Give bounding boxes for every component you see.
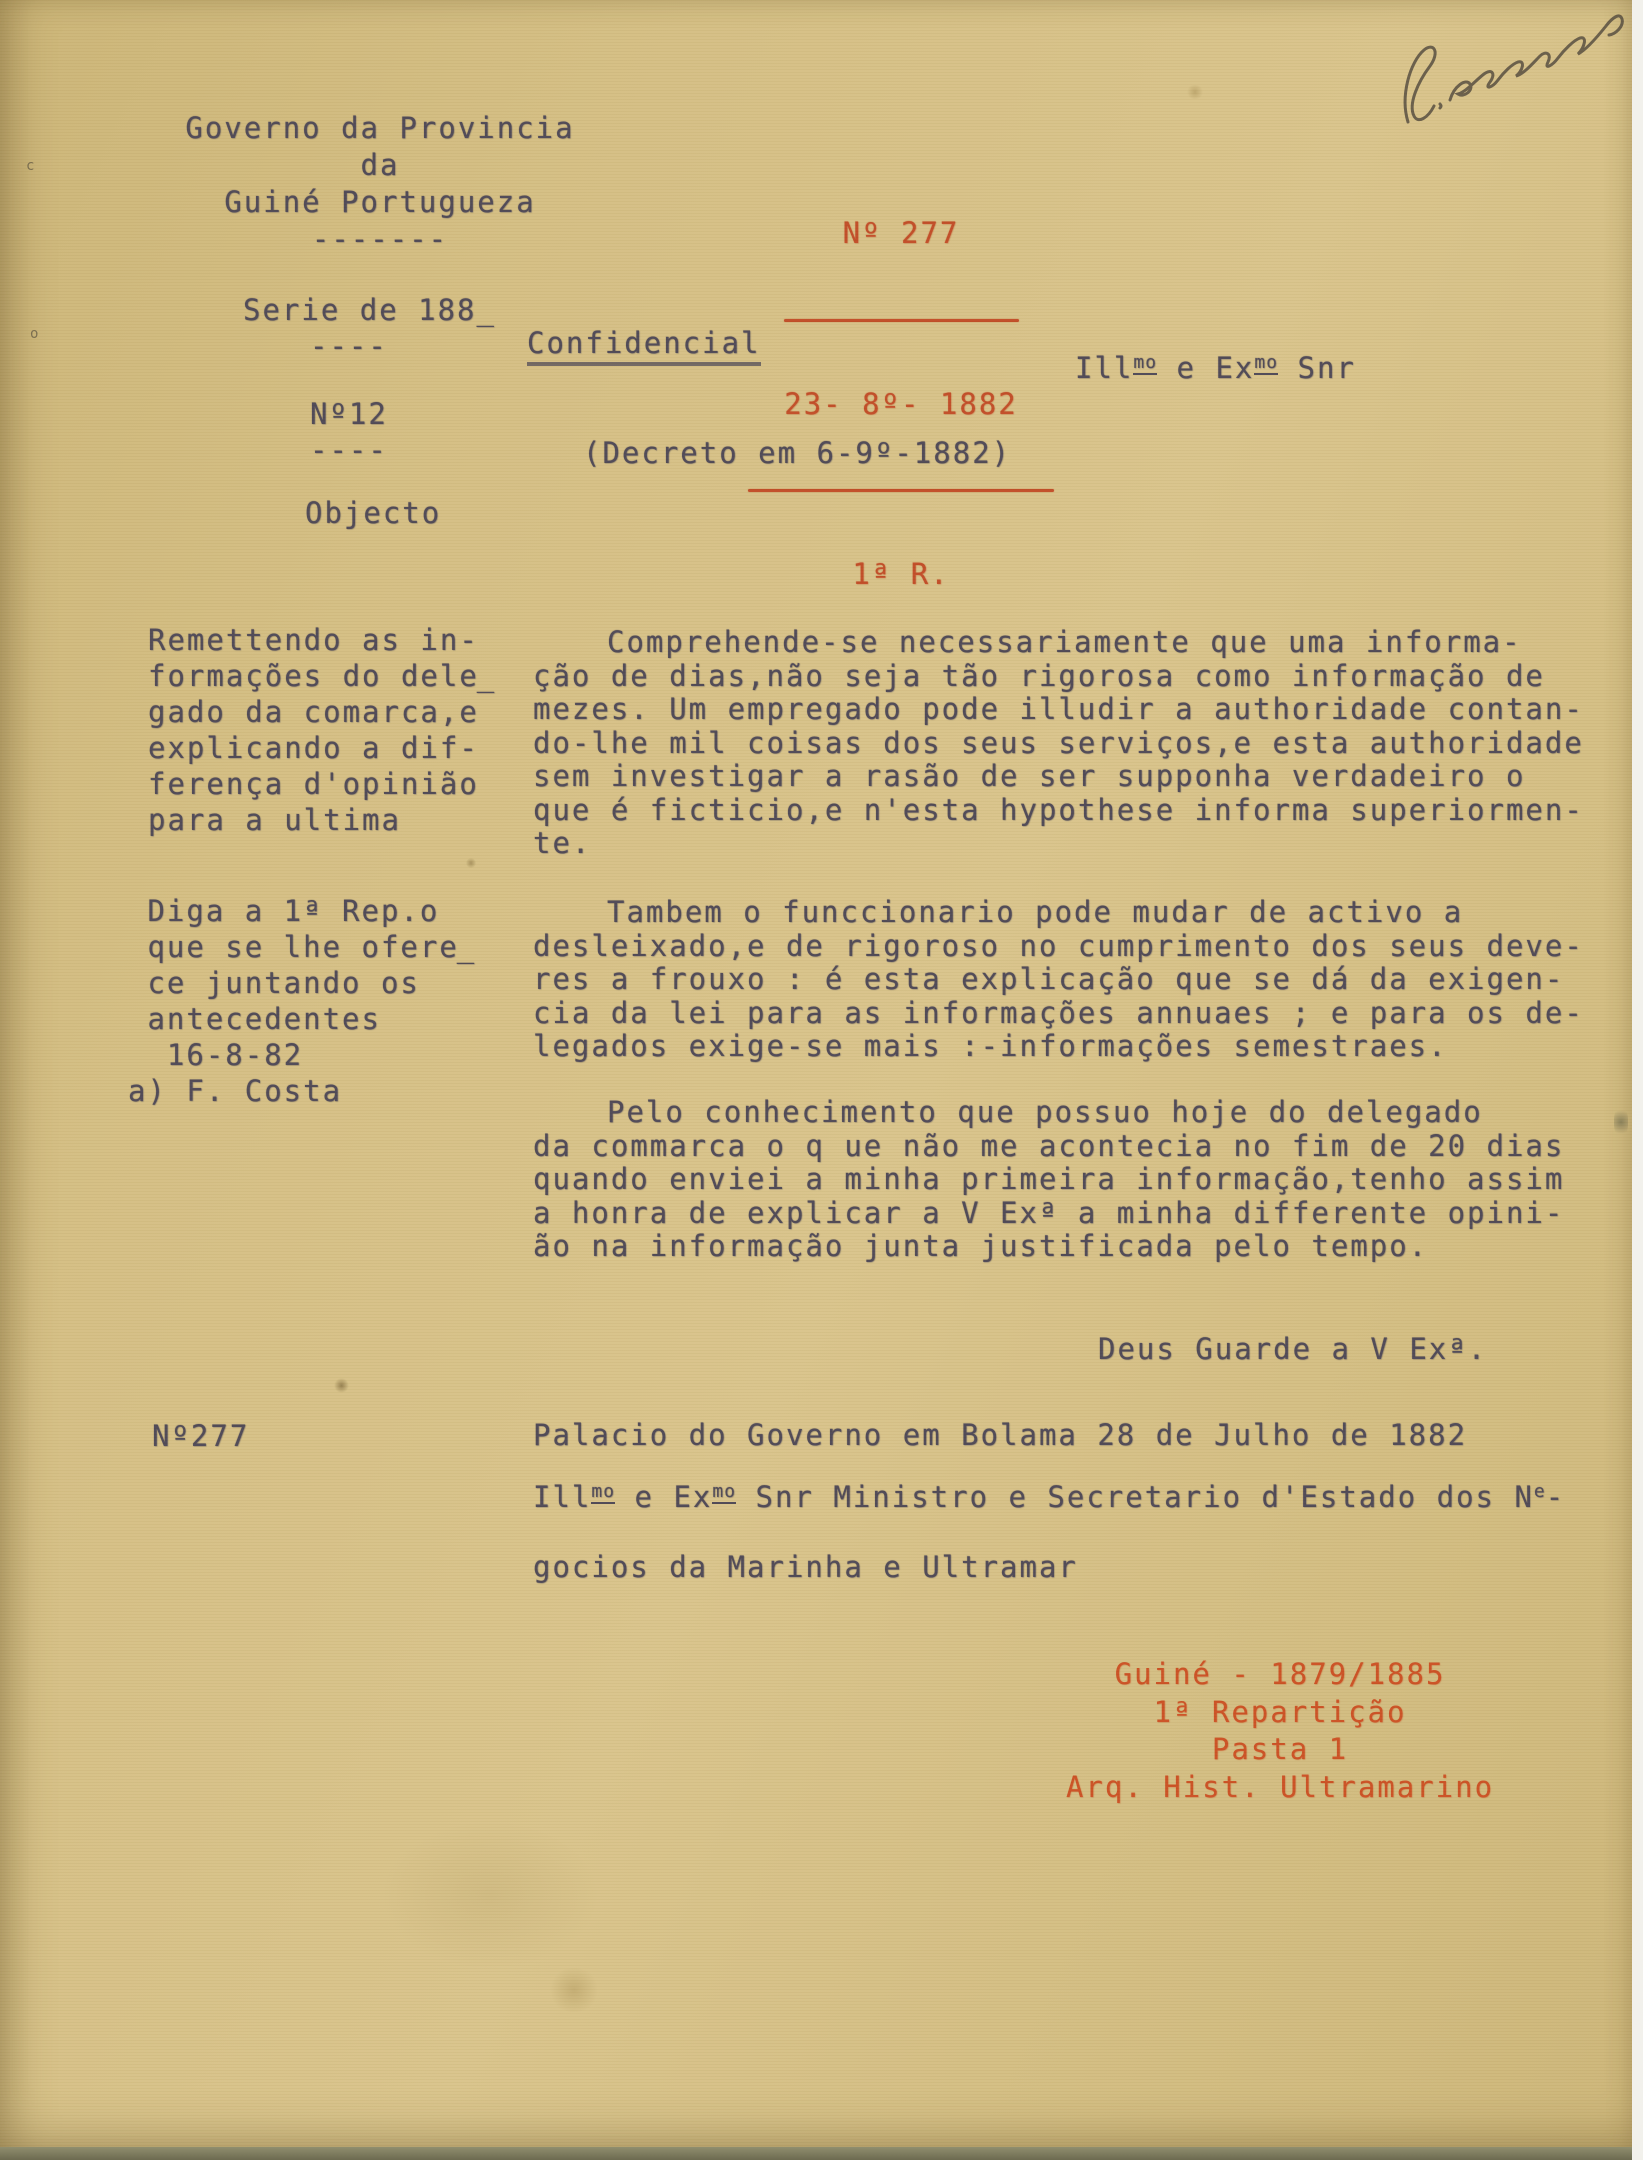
body-paragraph-3: Pelo conhecimento que possuo hoje do del… <box>533 1096 1564 1264</box>
text-line: 16-8-82 <box>128 1037 476 1073</box>
addressee-text: e Ex <box>615 1480 712 1514</box>
letterhead: Governo da ProvinciadaGuiné Portugueza--… <box>145 110 615 258</box>
recipient-text: Ill <box>1075 351 1133 385</box>
registry-stamp-department: 1ª R. <box>745 559 1057 590</box>
doc-number-dashes: ---- <box>310 434 388 468</box>
body-paragraph-2: Tambem o funccionario pode mudar de acti… <box>533 896 1584 1064</box>
text-line: que se lhe ofere̲ <box>128 929 476 965</box>
text-line: res a frouxo : é esta explicação que se … <box>533 963 1584 997</box>
text-line: ce juntando os <box>128 965 476 1001</box>
text-line: ------- <box>145 221 615 258</box>
superscript: mo <box>1133 352 1157 375</box>
text-line: formações do dele̲ <box>148 658 496 694</box>
text-line: que é ficticio,e n'esta hypothese inform… <box>533 794 1584 828</box>
confidential-label: Confidencial <box>527 327 761 366</box>
registry-stamp-rule <box>784 319 1019 322</box>
superscript: e <box>1534 1481 1546 1502</box>
text-line: Diga a 1ª Rep.o <box>128 893 476 929</box>
text-line: te. <box>533 827 1584 861</box>
archive-stamp: Guiné - 1879/18851ª RepartiçãoPasta 1Arq… <box>1035 1656 1525 1806</box>
recipient-salutation: Illmo e Exmo Snr <box>1075 352 1356 390</box>
ink-speck: o <box>30 326 38 342</box>
superscript: mo <box>1254 352 1278 375</box>
addressee-text: - <box>1546 1480 1565 1514</box>
registry-stamp-rule <box>748 489 1054 492</box>
addressee-text: Ill <box>533 1480 591 1514</box>
addressee-text: Snr Ministro e Secretario d'Estado dos N <box>736 1480 1534 1514</box>
text-line: Guiné - 1879/1885 <box>1035 1656 1525 1694</box>
text-line: Tambem o funccionario pode mudar de acti… <box>533 896 1584 930</box>
serie-dashes: ---- <box>310 330 388 364</box>
text-line: da commarca o q ue não me acontecia no f… <box>533 1130 1564 1164</box>
reference-number: Nº277 <box>152 1420 249 1454</box>
handwritten-signature <box>1388 0 1640 132</box>
text-line: para a ultima <box>148 802 496 838</box>
text-line: a) F. Costa <box>128 1073 476 1109</box>
valediction: Deus Guarde a V Exª. <box>1098 1333 1487 1367</box>
text-line: 1ª Repartição <box>1035 1694 1525 1732</box>
text-line: Pasta 1 <box>1035 1731 1525 1769</box>
superscript: mo <box>591 1481 615 1504</box>
text-line: do-lhe mil coisas dos seus serviços,e es… <box>533 727 1584 761</box>
addressee-line-1: Illmo e Exmo Snr Ministro e Secretario d… <box>533 1481 1565 1519</box>
text-line: explicando a dif- <box>148 730 496 766</box>
decree-note: (Decreto em 6-9º-1882) <box>583 437 1011 471</box>
recipient-text: Snr <box>1278 351 1356 385</box>
text-line: quando enviei a minha primeira informaçã… <box>533 1163 1564 1197</box>
text-line: da <box>145 147 615 184</box>
addressee-line-2: gocios da Marinha e Ultramar <box>533 1551 1078 1585</box>
text-line: cia da lei para as informações annuaes ;… <box>533 997 1584 1031</box>
text-line: desleixado,e de rigoroso no cumprimento … <box>533 930 1584 964</box>
scan-bottom-edge <box>0 2147 1632 2160</box>
text-line: legados exige-se mais :-informações seme… <box>533 1030 1584 1064</box>
text-line: Governo da Provincia <box>145 110 615 147</box>
text-line: ão na informação junta justificada pelo … <box>533 1230 1564 1264</box>
doc-number: Nº12 <box>310 398 388 432</box>
registry-stamp: Nº 277 23- 8º- 1882 1ª R. <box>745 150 1057 624</box>
text-line: Guiné Portugueza <box>145 184 615 221</box>
recipient-text: e Ex <box>1157 351 1254 385</box>
serie-label: Serie de 188_ <box>243 294 496 328</box>
object-label: Objecto <box>305 497 441 531</box>
margin-summary: Remettendo as in-formações do dele̲gado … <box>148 622 496 838</box>
registry-stamp-date: 23- 8º- 1882 <box>745 389 1057 420</box>
text-line: ção de dias,não seja tão rigorosa como i… <box>533 660 1584 694</box>
registry-stamp-number: Nº 277 <box>745 217 1057 250</box>
superscript: mo <box>712 1481 736 1504</box>
text-line: Pelo conhecimento que possuo hoje do del… <box>533 1096 1564 1130</box>
text-line: Arq. Hist. Ultramarino <box>1035 1769 1525 1807</box>
text-line: gado da comarca,e <box>148 694 496 730</box>
place-date-line: Palacio do Governo em Bolama 28 de Julho… <box>533 1419 1467 1453</box>
body-paragraph-1: Comprehende-se necessariamente que uma i… <box>533 626 1584 861</box>
text-line: antecedentes <box>128 1001 476 1037</box>
text-line: sem investigar a rasão de ser supponha v… <box>533 760 1584 794</box>
margin-dispatch-note: Diga a 1ª Rep.o que se lhe ofere̲ ce jun… <box>128 893 476 1109</box>
text-line: Remettendo as in- <box>148 622 496 658</box>
ink-speck: c <box>26 158 34 174</box>
text-line: ferença d'opinião <box>148 766 496 802</box>
text-line: Comprehende-se necessariamente que uma i… <box>533 626 1584 660</box>
text-line: mezes. Um empregado pode illudir a autho… <box>533 693 1584 727</box>
text-line: a honra de explicar a V Exª a minha diff… <box>533 1197 1564 1231</box>
